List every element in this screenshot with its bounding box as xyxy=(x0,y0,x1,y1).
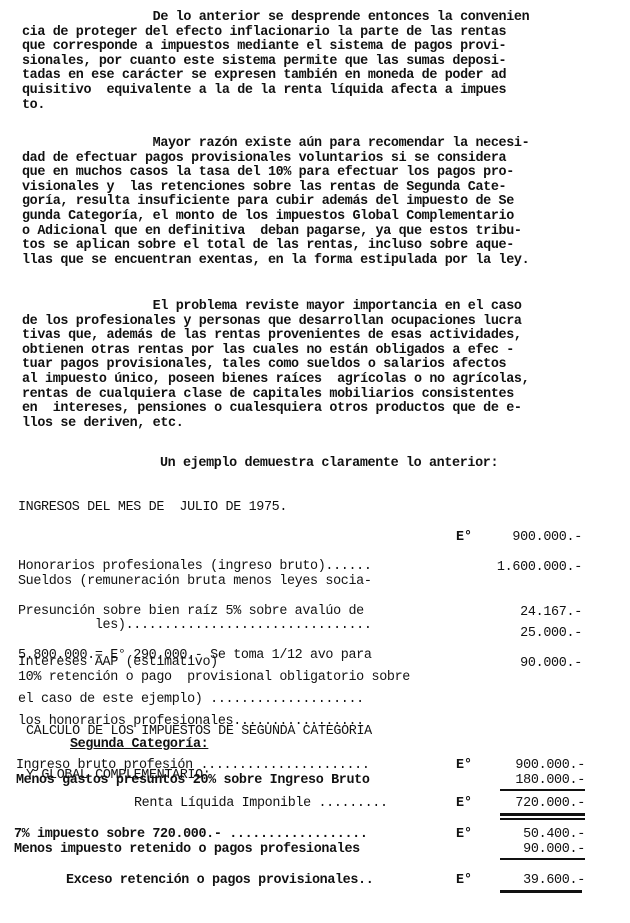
text-line: llos se deriven, etc. xyxy=(22,417,626,432)
income-item-label: 10% retención o pago provisional obligat… xyxy=(18,671,410,686)
calc-row-gross-income: Ingreso bruto profesión ................… xyxy=(16,759,370,774)
calc-amount: 180.000.- xyxy=(455,774,585,789)
calc-row-tax-7pct: 7% impuesto sobre 720.000.- ............… xyxy=(14,828,368,843)
text-line: tadas en ese carácter se expresen tambié… xyxy=(22,69,626,84)
calc-row-withheld: Menos impuesto retenido o pagos profesio… xyxy=(14,843,360,858)
text-line: visionales y las retenciones sobre las r… xyxy=(22,181,626,196)
calc-amount: 39.600.- xyxy=(455,874,585,889)
text-line: cia de proteger del efecto inflacionario… xyxy=(22,26,626,41)
text-line: El problema reviste mayor importancia en… xyxy=(22,300,626,315)
text-line: tivas que, además de las rentas provenie… xyxy=(22,329,626,344)
calc-row-presumed-expenses: Menos gastos presuntos 20% sobre Ingreso… xyxy=(16,774,370,789)
income-amount: 1.600.000.- xyxy=(452,561,582,576)
text-line: tuar pagos provisionales, tales como sue… xyxy=(22,358,626,373)
text-line: de los profesionales y personas que desa… xyxy=(22,315,626,330)
total-rule xyxy=(500,890,582,893)
subtotal-rule xyxy=(500,858,585,860)
calc-amount: 50.400.- xyxy=(455,828,585,843)
paragraph-professionals: El problema reviste mayor importancia en… xyxy=(22,300,626,431)
income-amount: 900.000.- xyxy=(452,531,582,546)
text-line: que corresponde a impuestos mediante el … xyxy=(22,40,626,55)
income-amount: 90.000.- xyxy=(452,657,582,672)
calc-amount: 900.000.- xyxy=(455,759,585,774)
text-line: goría, resulta insuficiente para cubir a… xyxy=(22,195,626,210)
income-amount: 24.167.- xyxy=(452,606,582,621)
text-line: en intereses, pensiones o cualesquiera o… xyxy=(22,402,626,417)
text-line: al impuesto único, poseen bienes raíces … xyxy=(22,373,626,388)
text-line: tos se aplican sobre el total de las ren… xyxy=(22,239,626,254)
calc-row-excess: Exceso retención o pagos provisionales.. xyxy=(66,874,373,889)
text-line: rentas de cualquiera clase de capitales … xyxy=(22,388,626,403)
text-line: De lo anterior se desprende entonces la … xyxy=(22,11,626,26)
text-line: quisitivo equivalente a la de la renta l… xyxy=(22,84,626,99)
calc-amount: 720.000.- xyxy=(455,797,585,812)
income-item-label: Presunción sobre bien raíz 5% sobre aval… xyxy=(18,605,372,620)
document-page: De lo anterior se desprende entonces la … xyxy=(0,0,630,923)
text-line: Mayor razón existe aún para recomendar l… xyxy=(22,137,626,152)
second-category-subheading: Segunda Categoría: xyxy=(70,738,208,753)
text-line: obtienen otras rentas por las cuales no … xyxy=(22,344,626,359)
text-line: to. xyxy=(22,99,626,114)
example-intro: Un ejemplo demuestra claramente lo anter… xyxy=(160,457,498,472)
subtotal-rule xyxy=(500,789,585,791)
text-line: dad de efectuar pagos provisionales volu… xyxy=(22,152,626,167)
calc-amount: 90.000.- xyxy=(455,843,585,858)
total-double-rule xyxy=(500,813,585,816)
text-line: que en muchos casos la tasa del 10% para… xyxy=(22,166,626,181)
total-double-rule xyxy=(500,818,585,820)
income-heading: INGRESOS DEL MES DE JULIO DE 1975. xyxy=(18,501,287,516)
calc-row-taxable-income: Renta Líquida Imponible ......... xyxy=(134,797,388,812)
text-line: o Adicional que en definitiva deban paga… xyxy=(22,225,626,240)
text-line: llas que se encuentran exentas, en la fo… xyxy=(22,254,626,269)
paragraph-inflation-protection: De lo anterior se desprende entonces la … xyxy=(22,11,626,113)
income-amount: 25.000.- xyxy=(452,627,582,642)
text-line: sionales, por cuanto este sistema permit… xyxy=(22,55,626,70)
text-line: gunda Categoría, el monto de los impuest… xyxy=(22,210,626,225)
paragraph-voluntary-payments: Mayor razón existe aún para recomendar l… xyxy=(22,137,626,268)
